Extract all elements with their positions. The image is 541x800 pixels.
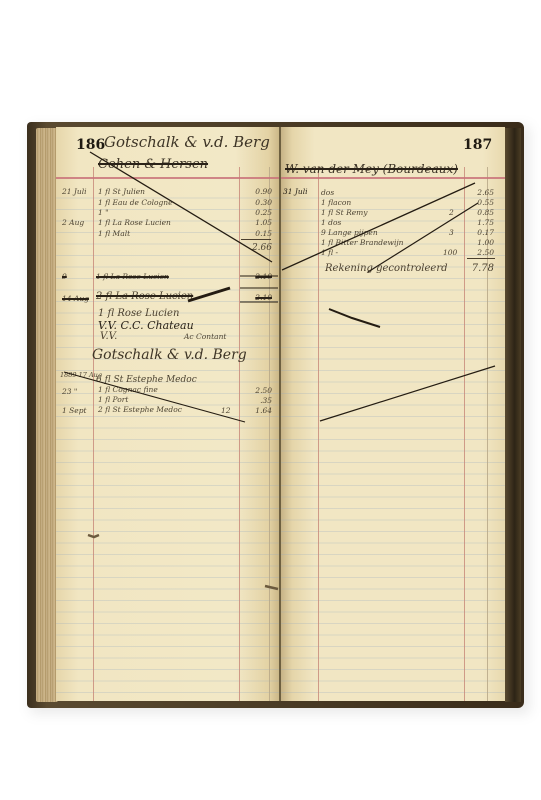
entry-qty: 100 <box>443 248 457 257</box>
entry-amount: 0.30 <box>242 198 272 207</box>
struck-item: 1 fl La Rose Lucien <box>96 272 169 281</box>
account-header: W. van der Mey (Bourdeaux) <box>285 162 458 176</box>
note: 1 fl Rose Lucien <box>98 308 179 319</box>
entry-date: 2 Aug <box>62 218 84 227</box>
amount-column-line <box>239 167 240 701</box>
entry-qty: 3 <box>449 228 454 237</box>
note: Rekening gecontroleerd <box>325 263 448 274</box>
entry-amount: 0.25 <box>242 208 272 217</box>
entry-item: 1 fl St Julien <box>98 187 145 196</box>
right-cover-edge <box>505 128 521 702</box>
page-number: 187 <box>463 137 492 153</box>
ruled-lines <box>56 187 280 701</box>
struck-amount: 2.10 <box>242 272 272 281</box>
header-rule <box>281 177 505 179</box>
entry-item: dos <box>321 188 334 197</box>
entry-amount: 0.85 <box>464 208 494 217</box>
entry-item: 1 fl Port <box>98 395 128 404</box>
entry-qty: 12 <box>221 406 231 415</box>
entry-item: 1 flacon <box>321 198 351 207</box>
total: 7.78 <box>464 263 494 274</box>
note: V.V. <box>100 331 117 342</box>
entry-date: 31 Juli <box>283 187 308 196</box>
struck-item: 2 fl La Rose Lucien <box>96 291 193 302</box>
entry-item: 1 fl Cognac fine <box>98 385 158 394</box>
entry-item: 1 dos <box>321 218 341 227</box>
second-account-header: Gotschalk & v.d. Berg <box>92 347 247 363</box>
entry-item: 6 fl St Estephe Medoc <box>96 375 197 385</box>
entry-amount: 0.55 <box>464 198 494 207</box>
entry-amount: 0.90 <box>242 187 272 196</box>
entry-item: 9 Lange pijpen <box>321 228 378 237</box>
entry-item: 1 " <box>98 208 109 217</box>
entry-amount: 1.75 <box>464 218 494 227</box>
account-subheader: Cohen & Hersen <box>98 157 208 172</box>
page-block-edge <box>36 128 58 702</box>
struck-date: 9 <box>62 272 67 281</box>
entry-amount: 2.50 <box>464 248 494 257</box>
entry-amount: 0.15 <box>242 229 272 238</box>
entry-item: 1 fl - <box>321 248 338 257</box>
entry-item: 2 fl St Estephe Medoc <box>98 405 182 414</box>
entry-amount: .35 <box>242 396 272 405</box>
entry-item: 1 fl St Remy <box>321 208 368 217</box>
entry-qty: 2 <box>449 208 454 217</box>
entry-item: 1 fl La Rose Lucien <box>98 218 171 227</box>
date-column-line <box>93 167 94 701</box>
entry-amount: 2.65 <box>464 188 494 197</box>
header-rule <box>56 177 280 179</box>
date-column-line <box>318 167 319 701</box>
entry-item: 1 fl Malt <box>98 229 130 238</box>
note: Ac Contant <box>184 332 226 341</box>
entry-amount: 1.64 <box>242 406 272 415</box>
struck-amount: 2.10 <box>242 293 272 302</box>
subtotal-rule <box>241 239 271 240</box>
entry-date: 1 Sept <box>62 406 87 415</box>
entry-date: 21 Juli <box>62 187 87 196</box>
subtotal: 2.66 <box>242 243 272 253</box>
account-header: Gotschalk & v.d. Berg <box>104 133 270 151</box>
total-rule <box>467 258 495 259</box>
entry-amount: 1.00 <box>464 238 494 247</box>
entry-item: 1 fl Eau de Cologne <box>98 198 173 207</box>
left-page: 186 Gotschalk & v.d. Berg Cohen & Hersen… <box>56 127 280 701</box>
entry-amount: 0.17 <box>464 228 494 237</box>
right-page: 187 W. van der Mey (Bourdeaux) 31 Juli d… <box>281 127 505 701</box>
entry-amount: 1.05 <box>242 218 272 227</box>
page-number: 186 <box>76 137 105 153</box>
struck-date: 14 Aug <box>62 294 89 303</box>
entry-amount: 2.50 <box>242 386 272 395</box>
entry-date: 23 " <box>62 387 77 396</box>
entry-item: 1 fl Bitter Brandewijn <box>321 238 404 247</box>
